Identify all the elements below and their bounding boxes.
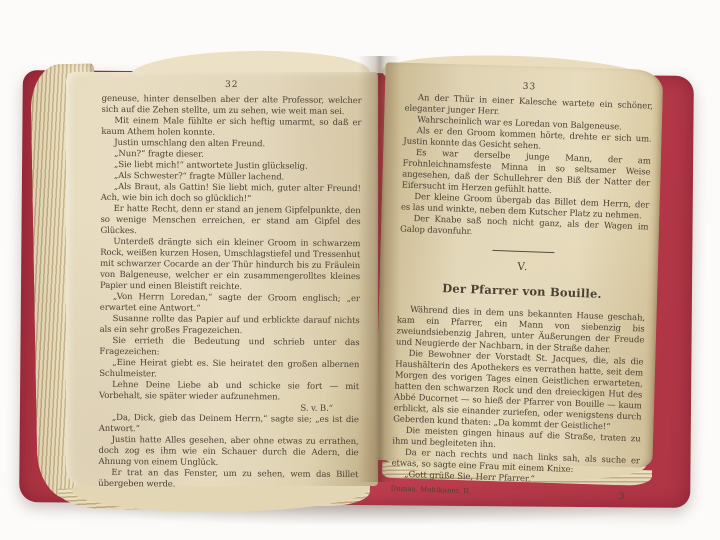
printer-signature: Dumas, Mohikaner. II. bbox=[390, 484, 471, 495]
gathering-mark: 3 bbox=[619, 492, 639, 503]
section-divider bbox=[492, 250, 554, 253]
page-number: 32 bbox=[102, 79, 362, 91]
right-page-text: 33 An der Thür in einer Kalesche wartete… bbox=[390, 78, 653, 503]
chapter-title: Der Pfarrer von Bouille. bbox=[398, 279, 646, 302]
photo-backdrop: 32 geneuse, hinter denselben aber der al… bbox=[0, 0, 720, 540]
paragraph: Er hatte Recht, denn er stand an jenem G… bbox=[100, 204, 360, 239]
paragraph: Sie errieth die Bedeutung und schrieb un… bbox=[99, 336, 359, 360]
paragraph: „Als Braut, als Gattin! Sie liebt mich, … bbox=[101, 182, 361, 206]
chapter-numeral: V. bbox=[399, 256, 647, 277]
paragraph: Susanne rollte das Papier auf und erblic… bbox=[100, 314, 360, 338]
left-page-text: 32 geneuse, hinter denselben aber der al… bbox=[98, 79, 362, 492]
paragraph: Justin hatte Alles gesehen, aber ohne et… bbox=[98, 435, 358, 470]
paragraph: Mit einem Male fühlte er sich heftig uma… bbox=[101, 116, 361, 140]
paragraph: Unterdeß drängte sich ein kleiner Groom … bbox=[100, 237, 360, 294]
paragraph: Er trat an das Fenster, um zu sehen, wem… bbox=[98, 468, 358, 492]
paragraph: Die Bewohner der Vorstadt St. Jacques, d… bbox=[393, 348, 644, 434]
letter-paragraph: Lehne Deine Liebe ab und schicke sie for… bbox=[99, 380, 359, 404]
paragraph: „Von Herrn Loredan,“ sagte der Groom eng… bbox=[100, 292, 360, 316]
letter-paragraph: „Eine Heirat giebt es. Sie heiratet den … bbox=[99, 358, 359, 382]
paragraph: „Da, Dick, gieb das Deinem Herrn,“ sagte… bbox=[99, 413, 359, 437]
paragraph: geneuse, hinter denselben aber der alte … bbox=[101, 94, 361, 118]
